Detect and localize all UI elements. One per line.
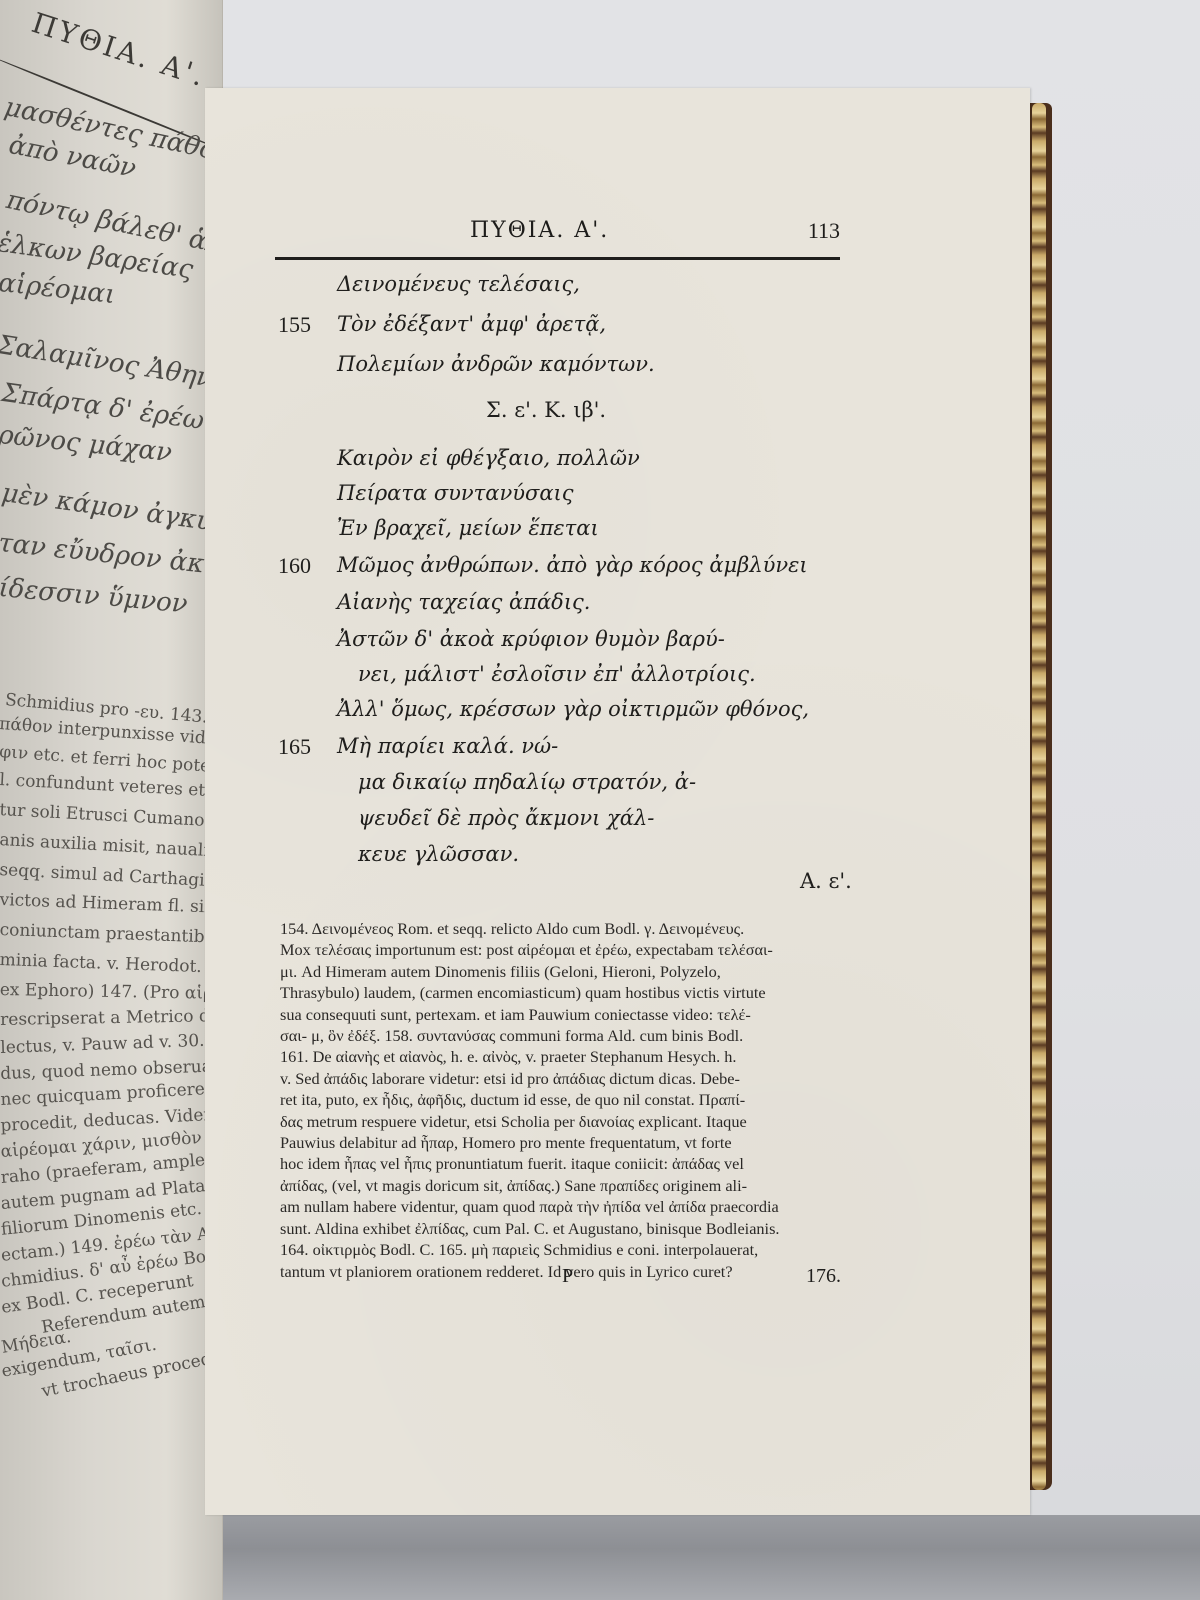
footnote-line: am nullam habere videntur, quam quod παρ… (280, 1196, 845, 1217)
footnote-line: Thrasybulo) laudem, (carmen encomiasticu… (280, 982, 845, 1003)
footnote-line: μι. Ad Himeram autem Dinomenis filiis (G… (280, 961, 845, 982)
footnote-line: σαι- μ, ὃν ἐδέξ. 158. συντανύσας communi… (280, 1025, 845, 1046)
verse-block: Δεινομένευς τελέσαις, 155 Τὸν ἐδέξαντ' ἀ… (0, 0, 1200, 1600)
footnote-line: hoc idem ἧπας vel ἧπις pronuntiatum fuer… (280, 1153, 845, 1174)
footnote-line: sua consequuti sunt, pertexam. et iam Pa… (280, 1004, 845, 1025)
verse-line: Ἀστῶν δ' ἀκοὰ κρύφιον θυμὸν βαρύ- (337, 627, 725, 651)
footnotes: 154. Δεινομένεος Rom. et seqq. relicto A… (280, 918, 845, 1282)
footnote-line: ret ita, puto, ex ἧδις, ἀφῆδις, ductum i… (280, 1089, 845, 1110)
line-number: 160 (278, 553, 311, 579)
footnote-line: sunt. Aldina exhibet ἐλπίδας, cum Pal. C… (280, 1218, 845, 1239)
antistrophe-marker: Α. ε'. (800, 869, 852, 893)
verse-line: κευε γλῶσσαν. (358, 842, 519, 866)
verse-line: μα δικαίῳ πηδαλίῳ στρατόν, ἀ- (358, 770, 696, 794)
verse-line: Πολεμίων ἀνδρῶν καμόντων. (337, 352, 655, 376)
verse-line: ψευδεῖ δὲ πρὸς ἄκμονι χάλ- (358, 806, 654, 830)
strophe-marker: Σ. ε'. Κ. ιβ'. (486, 398, 606, 422)
verse-line: Αἰανὴς ταχείας ἀπάδις. (337, 590, 591, 614)
verse-line: Ἐν βραχεῖ, μείων ἕπεται (337, 516, 599, 540)
signature-mark: P (562, 1265, 573, 1288)
verse-line: Πείρατα συντανύσαις (337, 481, 574, 505)
verse-line: νει, μάλιστ' ἐσλοῖσιν ἐπ' ἀλλοτρίοις. (358, 662, 756, 686)
footnote-line: Pauwius delabitur ad ἧπαρ, Homero pro me… (280, 1132, 845, 1153)
catchword: 176. (806, 1265, 841, 1288)
footnote-line: 154. Δεινομένεος Rom. et seqq. relicto A… (280, 918, 845, 939)
verse-line: Ἀλλ' ὅμως, κρέσσων γὰρ οἰκτιρμῶν φθόνος, (337, 697, 809, 721)
verse-line: Τὸν ἐδέξαντ' ἀμφ' ἀρετᾷ, (337, 312, 606, 336)
footnote-line: 164. οἰκτιρμὸς Bodl. C. 165. μὴ παριεὶς … (280, 1239, 845, 1260)
line-number: 165 (278, 734, 311, 760)
footnote-line: v. Sed ἀπάδις laborare videtur: etsi id … (280, 1068, 845, 1089)
footnote-line: ἀπίδας, (vel, vt magis doricum sit, ἀπίδ… (280, 1175, 845, 1196)
verse-line: Μῶμος ἀνθρώπων. ἀπὸ γὰρ κόρος ἀμβλύνει (337, 553, 808, 577)
verse-line: Καιρὸν εἰ φθέγξαιο, πολλῶν (337, 446, 640, 470)
footnote-line: δας metrum respuere videtur, etsi Scholi… (280, 1111, 845, 1132)
verse-line: Μὴ παρίει καλά. νώ- (337, 734, 558, 758)
footnote-line: Mox τελέσαις importunum est: post αἱρέομ… (280, 939, 845, 960)
verse-line: Δεινομένευς τελέσαις, (337, 272, 580, 296)
footnote-line: 161. De αἰανὴς et αἰανὸς, h. e. αἰνὸς, v… (280, 1046, 845, 1067)
line-number: 155 (278, 312, 311, 338)
